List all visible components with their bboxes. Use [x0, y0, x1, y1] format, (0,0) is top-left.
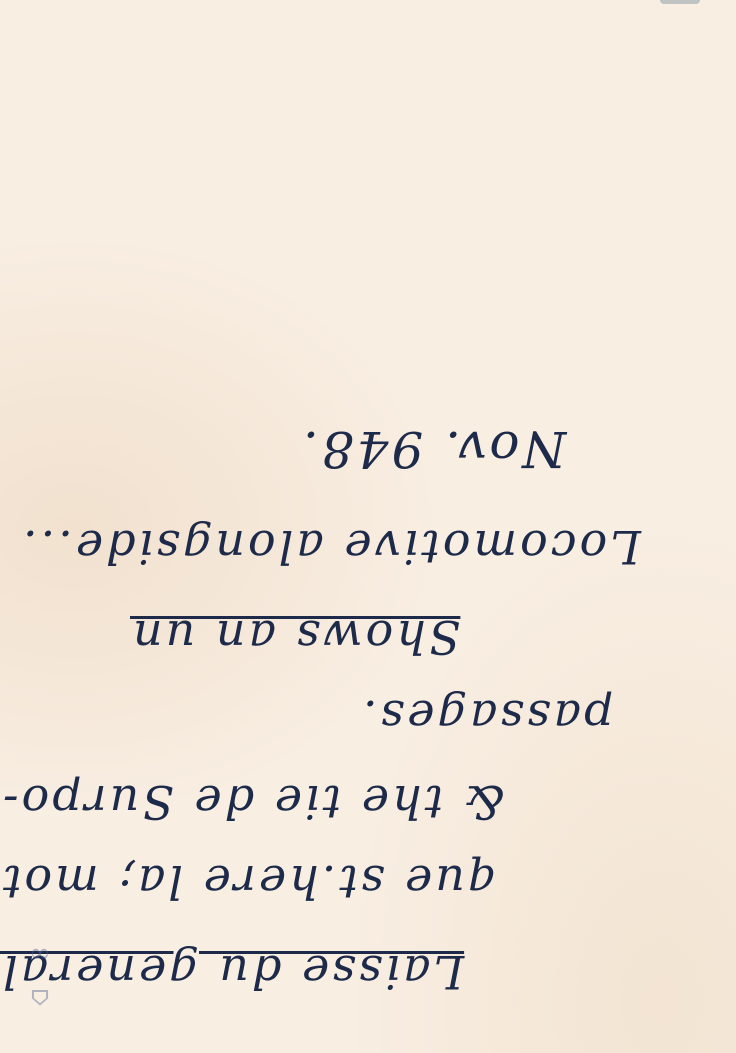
document-page: Nov. 948. Locomotive alongside... Shows …	[0, 0, 736, 1053]
handwritten-line-7: Laisse du general	[0, 945, 464, 999]
ink-stamp: ⌂ ∞	[20, 910, 60, 1020]
stamp-top-icon: ⌂	[20, 976, 60, 1020]
handwritten-line-5: & the tie de Surpo-	[0, 775, 505, 829]
handwritten-line-date: Nov. 948.	[300, 420, 566, 478]
paper-edge-mark	[660, 0, 700, 4]
handwritten-line-6: que st.here la; mot	[0, 855, 497, 909]
stamp-bottom-icon: ∞	[20, 932, 60, 976]
handwritten-line-3: Shows an un	[130, 610, 460, 664]
handwritten-line-4: passages.	[360, 690, 613, 744]
handwritten-line-2: Locomotive alongside...	[20, 520, 641, 574]
